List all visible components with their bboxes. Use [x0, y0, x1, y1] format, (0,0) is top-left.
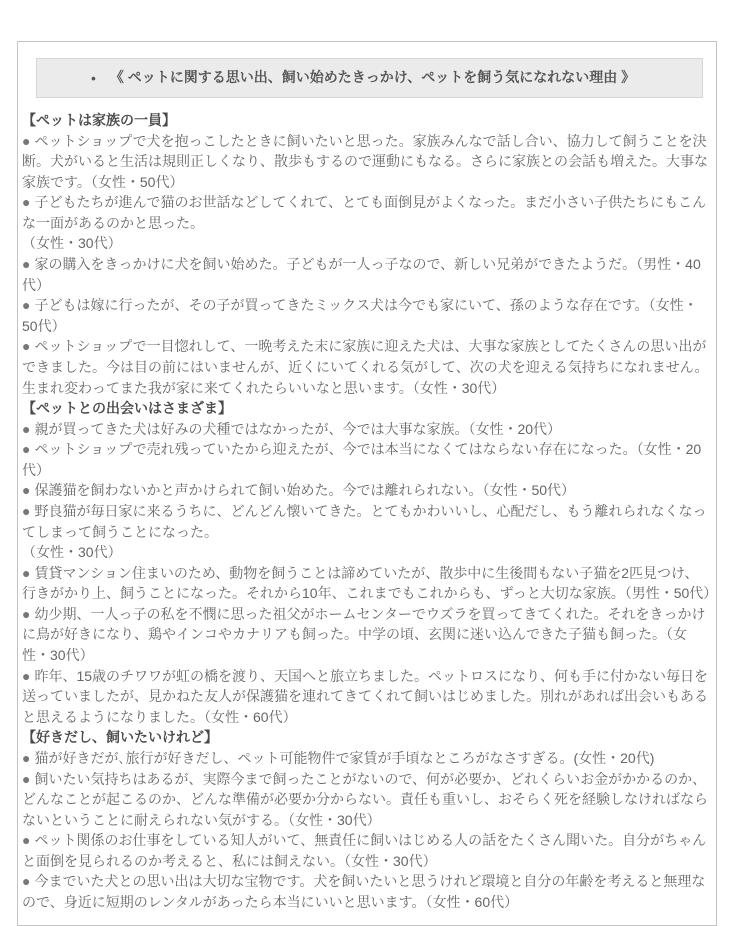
item-bullet-icon: ●	[22, 482, 30, 498]
item-text: 賃貸マンション住まいのため、動物を飼うことは諦めていたが、散歩中に生後間もない子…	[22, 565, 717, 602]
item-text: 家の購入をきっかけに犬を飼い始めた。子どもが一人っ子なので、新しい兄弟ができたよ…	[22, 256, 701, 293]
list-item: ●子どもたちが進んで猫のお世話などしてくれて、とても面倒見がよくなった。まだ小さ…	[22, 192, 712, 254]
item-text: 今までいた犬との思い出は大切な宝物です。犬を飼いたいと思うけれど環境と自分の年齢…	[22, 873, 705, 910]
list-item: ●昨年、15歳のチワワが虹の橋を渡り、天国へと旅立ちました。ペットロスになり、何…	[22, 666, 712, 728]
list-item: ●子どもは嫁に行ったが、その子が買ってきたミックス犬は今でも家にいて、孫のような…	[22, 295, 712, 336]
list-item: ●ペットショップで犬を抱っこしたときに飼いたいと思った。家族みんなで話し合い、協…	[22, 131, 712, 193]
page-title: 《 ペットに関する思い出、飼い始めたきっかけ、ペットを飼う気になれない理由 》	[110, 68, 635, 88]
section-heading: 【ペットとの出会いはさまざま】	[22, 398, 712, 419]
list-item: ●親が買ってきた犬は好みの犬種ではなかったが、今では大事な家族。（女性・20代）	[22, 419, 712, 440]
section-heading: 【好きだし、飼いたいけれど】	[22, 727, 712, 748]
item-text: 昨年、15歳のチワワが虹の橋を渡り、天国へと旅立ちました。ペットロスになり、何も…	[22, 668, 708, 725]
list-bullet-icon: •	[91, 70, 96, 86]
item-bullet-icon: ●	[22, 441, 30, 457]
item-bullet-icon: ●	[22, 297, 30, 313]
item-text: 猫が好きだが､旅行が好きだし、ペット可能物件で家賃が手頃なところがなさすぎる。(…	[34, 750, 654, 766]
report-page: • 《 ペットに関する思い出、飼い始めたきっかけ、ペットを飼う気になれない理由 …	[17, 41, 717, 926]
item-bullet-icon: ●	[22, 668, 30, 684]
item-bullet-icon: ●	[22, 194, 30, 210]
item-text: 幼少期、一人っ子の私を不憫に思った祖父がホームセンターでウズラを買ってきてくれた…	[22, 606, 706, 663]
section-heading: 【ペットは家族の一員】	[22, 110, 712, 131]
list-item: ●今までいた犬との思い出は大切な宝物です。犬を飼いたいと思うけれど環境と自分の年…	[22, 871, 712, 912]
item-text: 子どもは嫁に行ったが、その子が買ってきたミックス犬は今でも家にいて、孫のような存…	[22, 297, 698, 334]
item-text: 子どもたちが進んで猫のお世話などしてくれて、とても面倒見がよくなった。まだ小さい…	[22, 194, 706, 251]
list-item: ●ペットショップで一目惚れして、一晩考えた末に家族に迎えた犬は、大事な家族として…	[22, 336, 712, 398]
header-bar: • 《 ペットに関する思い出、飼い始めたきっかけ、ペットを飼う気になれない理由 …	[36, 58, 703, 98]
item-bullet-icon: ●	[22, 873, 30, 889]
item-text: ペットショップで売れ残っていたから迎えたが、今では本当になくてはならない存在にな…	[22, 441, 701, 478]
item-bullet-icon: ●	[22, 771, 30, 787]
list-item: ●ペットショップで売れ残っていたから迎えたが、今では本当になくてはならない存在に…	[22, 439, 712, 480]
item-bullet-icon: ●	[22, 606, 30, 622]
item-bullet-icon: ●	[22, 503, 30, 519]
item-bullet-icon: ●	[22, 133, 30, 149]
item-text: 飼いたい気持ちはあるが、実際今まで飼ったことがないので、何が必要か、どれくらいお…	[22, 771, 708, 828]
list-item: ●保護猫を飼わないかと声かけられて飼い始めた。今では離れられない。（女性・50代…	[22, 480, 712, 501]
list-item: ●ペット関係のお仕事をしている知人がいて、無責任に飼いはじめる人の話をたくさん聞…	[22, 830, 712, 871]
survey-comments: 【ペットは家族の一員】 ●ペットショップで犬を抱っこしたときに飼いたいと思った。…	[18, 108, 716, 925]
item-text: 野良猫が毎日家に来るうちに、どんどん懐いてきた。とてもかわいいし、心配だし、もう…	[22, 503, 706, 560]
item-bullet-icon: ●	[22, 750, 30, 766]
item-bullet-icon: ●	[22, 565, 30, 581]
item-text: 親が買ってきた犬は好みの犬種ではなかったが、今では大事な家族。（女性・20代）	[34, 421, 561, 437]
list-item: ●飼いたい気持ちはあるが、実際今まで飼ったことがないので、何が必要か、どれくらい…	[22, 769, 712, 831]
list-item: ●賃貸マンション住まいのため、動物を飼うことは諦めていたが、散歩中に生後間もない…	[22, 563, 712, 604]
list-item: ●猫が好きだが､旅行が好きだし、ペット可能物件で家賃が手頃なところがなさすぎる。…	[22, 748, 712, 769]
item-text: ペットショップで一目惚れして、一晩考えた末に家族に迎えた犬は、大事な家族としてた…	[22, 338, 712, 395]
item-text: 保護猫を飼わないかと声かけられて飼い始めた。今では離れられない。（女性・50代）	[34, 482, 575, 498]
item-bullet-icon: ●	[22, 256, 30, 272]
item-bullet-icon: ●	[22, 832, 30, 848]
item-bullet-icon: ●	[22, 421, 30, 437]
item-text: ペットショップで犬を抱っこしたときに飼いたいと思った。家族みんなで話し合い、協力…	[22, 133, 708, 190]
item-bullet-icon: ●	[22, 338, 30, 354]
list-item: ●野良猫が毎日家に来るうちに、どんどん懐いてきた。とてもかわいいし、心配だし、も…	[22, 501, 712, 563]
item-text: ペット関係のお仕事をしている知人がいて、無責任に飼いはじめる人の話をたくさん聞い…	[22, 832, 706, 869]
list-item: ●家の購入をきっかけに犬を飼い始めた。子どもが一人っ子なので、新しい兄弟ができた…	[22, 254, 712, 295]
list-item: ●幼少期、一人っ子の私を不憫に思った祖父がホームセンターでウズラを買ってきてくれ…	[22, 604, 712, 666]
